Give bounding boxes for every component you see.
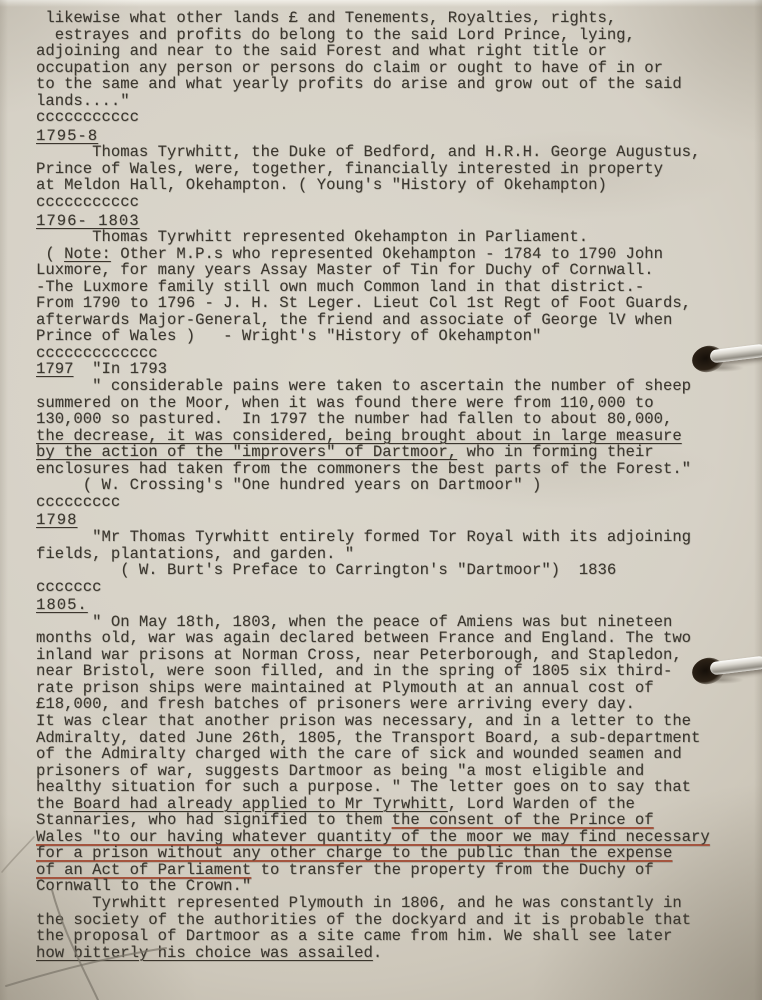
text-segment: who in forming their (457, 443, 654, 461)
document-line: ( Note: Other M.P.s who represented Okeh… (36, 246, 752, 263)
document-line: From 1790 to 1796 - J. H. St Leger. Lieu… (36, 295, 752, 312)
text-segment: summered on the Moor, when it was found … (36, 394, 654, 412)
text-segment: " considerable pains were taken to ascer… (36, 377, 691, 395)
separator-line: ccccccccccc (36, 109, 752, 126)
text-segment: the (36, 795, 73, 813)
text-segment: of the Admiralty charged with the care o… (36, 745, 682, 763)
separator-glyphs: ccccccc (36, 578, 102, 596)
document-line: adjoining and near to the said Forest an… (36, 43, 752, 60)
text-segment: inland war prisons at Norman Cross, near… (36, 646, 682, 664)
separator-glyphs: ccccccccccc (36, 193, 139, 211)
document-line: -The Luxmore family still own much Commo… (36, 279, 752, 296)
document-line: lands...." (36, 93, 752, 110)
text-segment: -The Luxmore family still own much Commo… (36, 278, 644, 296)
heading-line: 1798 (36, 512, 752, 529)
text-segment: enclosures had taken from the commoners … (36, 460, 691, 478)
separator-glyphs: ccccccccc (36, 493, 120, 511)
underlined-text: 1796- 1803 (36, 212, 140, 230)
document-line: the proposal of Dartmoor as a site came … (36, 928, 752, 945)
document-line: Cornwall to the Crown." (36, 878, 752, 895)
text-segment: It was clear that another prison was nec… (36, 712, 691, 730)
text-segment: Thomas Tyrwhitt represented Okehampton i… (36, 228, 588, 246)
text-segment: ( (36, 245, 64, 263)
text-segment: £18,000, and fresh batches of prisoners … (36, 695, 635, 713)
document-line: the society of the authorities of the do… (36, 912, 752, 929)
document-line: " On May 18th, 1803, when the peace of A… (36, 614, 752, 631)
text-segment: healthy situation for such a purpose. " … (36, 778, 691, 796)
document-line: months old, war was again declared betwe… (36, 630, 752, 647)
document-line: afterwards Major-General, the friend and… (36, 312, 752, 329)
text-segment: "Mr Thomas Tyrwhitt entirely formed Tor … (36, 528, 691, 546)
document-line: Tyrwhitt represented Plymouth in 1806, a… (36, 895, 752, 912)
text-segment: From 1790 to 1796 - J. H. St Leger. Lieu… (36, 294, 691, 312)
document-line: 1797 "In 1793 (36, 361, 752, 378)
document-line: of an Act of Parliament to transfer the … (36, 862, 752, 879)
document-line: fields, plantations, and garden. " (36, 546, 752, 563)
document-line: of the Admiralty charged with the care o… (36, 746, 752, 763)
document-line: for a prison without any other charge to… (36, 845, 752, 862)
text-segment: occupation any person or persons do clai… (36, 59, 663, 77)
document-line: 130,000 so pastured. In 1797 the number … (36, 411, 752, 428)
document-line: ( W. Crossing's "One hundred years on Da… (36, 477, 752, 494)
text-segment: Stannaries, who had signified to them (36, 811, 392, 829)
separator-glyphs: ccccccccccccc (36, 344, 158, 362)
document-line: It was clear that another prison was nec… (36, 713, 752, 730)
document-line: Prince of Wales ) - Wright's "History of… (36, 328, 752, 345)
text-segment: , Lord Warden of the (448, 795, 635, 813)
separator-line: ccccccccc (36, 494, 752, 511)
document-line: ( W. Burt's Preface to Carrington's "Dar… (36, 562, 752, 579)
document-line: the Board had already applied to Mr Tyrw… (36, 796, 752, 813)
document-line: near Bristol, were soon filled, and in t… (36, 663, 752, 680)
underlined-text: Note: (64, 245, 111, 263)
underlined-text: 1795-8 (36, 127, 98, 145)
underlined-text: Board had already applied to Mr Tyrwhitt (73, 795, 447, 813)
text-segment: " On May 18th, 1803, when the peace of A… (36, 613, 672, 631)
document-line: £18,000, and fresh batches of prisoners … (36, 696, 752, 713)
underlined-text: the decrease, it was considered, being b… (36, 427, 682, 445)
text-segment: ( W. Burt's Preface to Carrington's "Dar… (36, 561, 616, 579)
text-segment: "In 1793 (73, 360, 167, 378)
text-segment: Cornwall to the Crown." (36, 877, 251, 895)
document-line: " considerable pains were taken to ascer… (36, 378, 752, 395)
text-segment: ( W. Crossing's "One hundred years on Da… (36, 476, 541, 494)
underlined-text: by the action of the "improvers" of Dart… (36, 443, 457, 461)
document-line: healthy situation for such a purpose. " … (36, 779, 752, 796)
text-segment: months old, war was again declared betwe… (36, 629, 691, 647)
document-line: Thomas Tyrwhitt, the Duke of Bedford, an… (36, 144, 752, 161)
document-text: likewise what other lands £ and Tenement… (36, 10, 752, 961)
heading-line: 1795-8 (36, 128, 752, 145)
document-line: inland war prisons at Norman Cross, near… (36, 647, 752, 664)
underlined-text: Wales "to our having whatever quantity o… (36, 828, 710, 846)
text-segment: lands...." (36, 92, 130, 110)
document-line: enclosures had taken from the commoners … (36, 461, 752, 478)
text-segment: Other M.P.s who represented Okehampton -… (111, 245, 663, 263)
document-line: likewise what other lands £ and Tenement… (36, 10, 752, 27)
text-segment: . (373, 944, 382, 962)
heading-line: 1805. (36, 597, 752, 614)
text-segment: adjoining and near to the said Forest an… (36, 42, 607, 60)
text-segment: likewise what other lands £ and Tenement… (36, 9, 616, 27)
document-line: Thomas Tyrwhitt represented Okehampton i… (36, 229, 752, 246)
document-line: "Mr Thomas Tyrwhitt entirely formed Tor … (36, 529, 752, 546)
document-line: Stannaries, who had signified to them th… (36, 812, 752, 829)
underlined-text: 1797 (36, 360, 73, 378)
text-segment: Tyrwhitt represented Plymouth in 1806, a… (36, 894, 682, 912)
text-segment: the proposal of Dartmoor as a site came … (36, 927, 672, 945)
text-segment: near Bristol, were soon filled, and in t… (36, 662, 672, 680)
text-segment: Prince of Wales ) - Wright's "History of… (36, 327, 541, 345)
document-line: by the action of the "improvers" of Dart… (36, 444, 752, 461)
document-line: summered on the Moor, when it was found … (36, 395, 752, 412)
separator-glyphs: ccccccccccc (36, 108, 139, 126)
text-segment: Thomas Tyrwhitt, the Duke of Bedford, an… (36, 143, 700, 161)
underlined-text: how bitterly his choice was assailed (36, 944, 373, 962)
text-segment: fields, plantations, and garden. " (36, 545, 354, 563)
document-line: Wales "to our having whatever quantity o… (36, 829, 752, 846)
text-segment: to transfer the property from the Duchy … (251, 861, 653, 879)
document-line: Prince of Wales, were, together, financi… (36, 161, 752, 178)
text-segment: 130,000 so pastured. In 1797 the number … (36, 410, 672, 428)
document-line: at Meldon Hall, Okehampton. ( Young's "H… (36, 177, 752, 194)
text-segment: afterwards Major-General, the friend and… (36, 311, 672, 329)
underlined-text: for a prison without any other charge to… (36, 844, 672, 862)
text-segment: prisoners of war, suggests Dartmoor as b… (36, 762, 644, 780)
document-line: how bitterly his choice was assailed. (36, 945, 752, 962)
text-segment: estrayes and profits do belong to the sa… (36, 26, 635, 44)
text-segment: Admiralty, dated June 26th, 1805, the Tr… (36, 729, 700, 747)
text-segment: at Meldon Hall, Okehampton. ( Young's "H… (36, 176, 607, 194)
document-line: Admiralty, dated June 26th, 1805, the Tr… (36, 730, 752, 747)
pencil-tick (2, 837, 34, 872)
document-line: Luxmore, for many years Assay Master of … (36, 262, 752, 279)
separator-line: ccccccccccc (36, 194, 752, 211)
text-segment: the society of the authorities of the do… (36, 911, 691, 929)
underlined-text: the consent of the Prince of (392, 811, 654, 829)
underlined-text: of an Act of Parliament (36, 861, 251, 879)
document-line: rate prison ships were maintained at Ply… (36, 680, 752, 697)
text-segment: rate prison ships were maintained at Ply… (36, 679, 654, 697)
text-segment: Luxmore, for many years Assay Master of … (36, 261, 654, 279)
document-line: estrayes and profits do belong to the sa… (36, 27, 752, 44)
scanned-page: likewise what other lands £ and Tenement… (0, 0, 762, 1000)
document-line: prisoners of war, suggests Dartmoor as b… (36, 763, 752, 780)
document-line: occupation any person or persons do clai… (36, 60, 752, 77)
separator-line: ccccccc (36, 579, 752, 596)
text-segment: Prince of Wales, were, together, financi… (36, 160, 663, 178)
underlined-text: 1805. (36, 596, 88, 614)
text-segment: to the same and what yearly profits do a… (36, 75, 682, 93)
underlined-text: 1798 (36, 511, 77, 529)
document-line: the decrease, it was considered, being b… (36, 428, 752, 445)
document-line: to the same and what yearly profits do a… (36, 76, 752, 93)
heading-line: 1796- 1803 (36, 213, 752, 230)
separator-line: ccccccccccccc (36, 345, 752, 362)
